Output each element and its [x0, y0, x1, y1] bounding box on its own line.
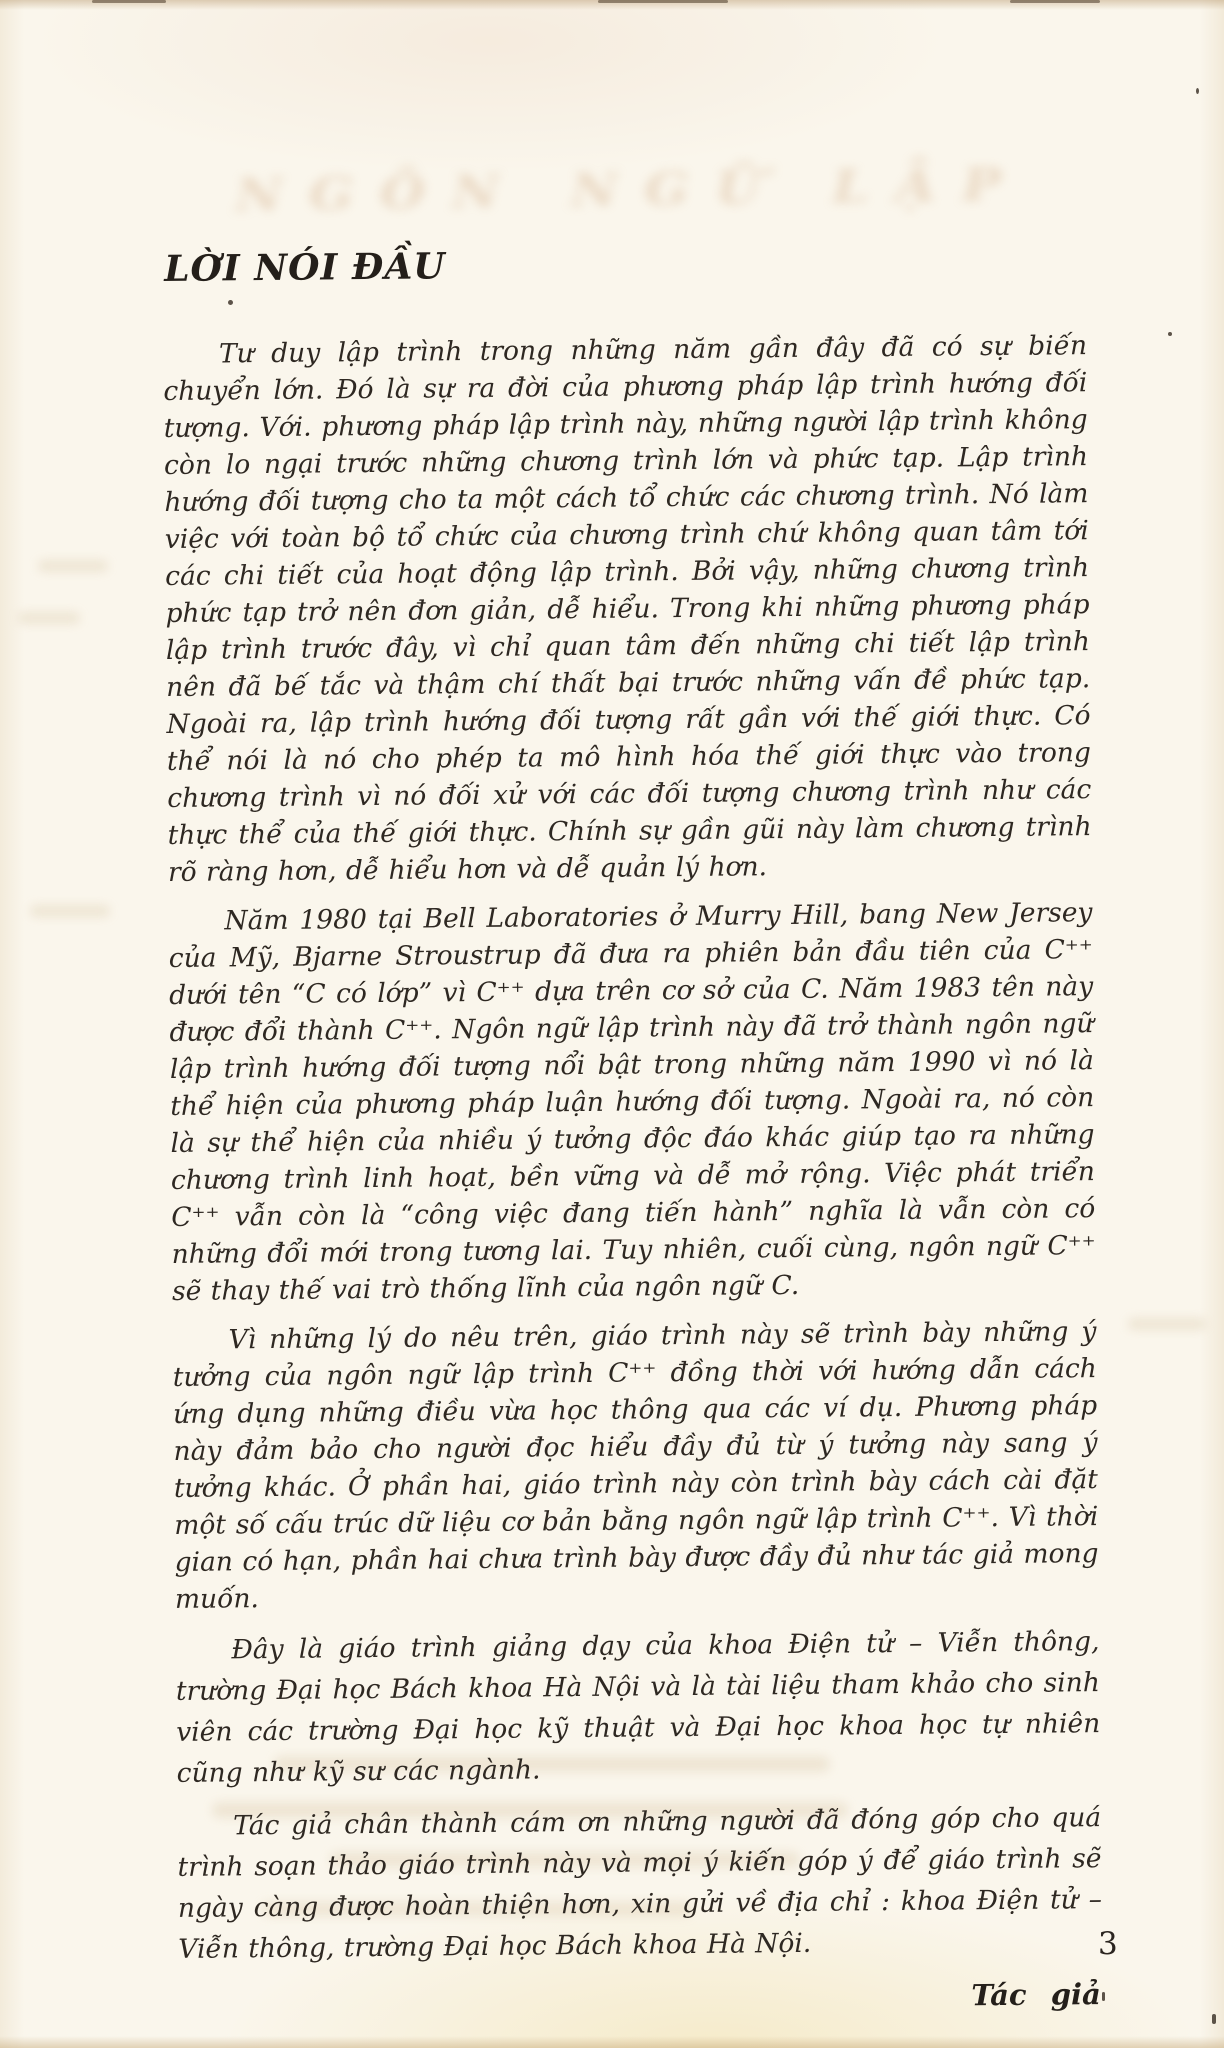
- scan-speck: [1212, 2014, 1216, 2024]
- bleed-through-blot: [18, 612, 80, 624]
- preface-paragraph-5: Tác giả chân thành cám ơn những người đã…: [177, 1797, 1103, 1970]
- preface-paragraph-3: Vì những lý do nêu trên, giáo trình này …: [172, 1313, 1099, 1618]
- author-signature: Tác giả: [179, 1977, 1103, 2020]
- page-number: 3: [1098, 1926, 1118, 1962]
- page-title: LỜI NÓI ĐẦU: [164, 239, 1086, 290]
- scan-speck: [1196, 88, 1199, 94]
- scan-mark: [1010, 0, 1100, 3]
- bleed-through-blot: [1128, 1318, 1206, 1330]
- scan-mark: [92, 0, 166, 3]
- scan-edge-bottom: [0, 2036, 1224, 2048]
- scan-speck: [1168, 332, 1172, 336]
- preface-paragraph-2: Năm 1980 tại Bell Laboratories ở Murry H…: [168, 894, 1096, 1310]
- preface-paragraph-1: Tư duy lập trình trong những năm gần đây…: [163, 327, 1092, 891]
- scanned-book-page: NGÔN NGỮ LẬP LỜI NÓI ĐẦU Tư duy lập trìn…: [0, 0, 1224, 2048]
- preface-paragraph-4: Đây là giáo trình giảng dạy của khoa Điệ…: [175, 1621, 1101, 1794]
- preface-text-block: LỜI NÓI ĐẦU Tư duy lập trình trong những…: [162, 239, 1103, 2020]
- bleed-through-blot: [30, 905, 110, 917]
- scan-mark: [598, 0, 728, 3]
- bleed-through-title: NGÔN NGỮ LẬP: [235, 155, 1199, 222]
- bleed-through-blot: [38, 560, 108, 572]
